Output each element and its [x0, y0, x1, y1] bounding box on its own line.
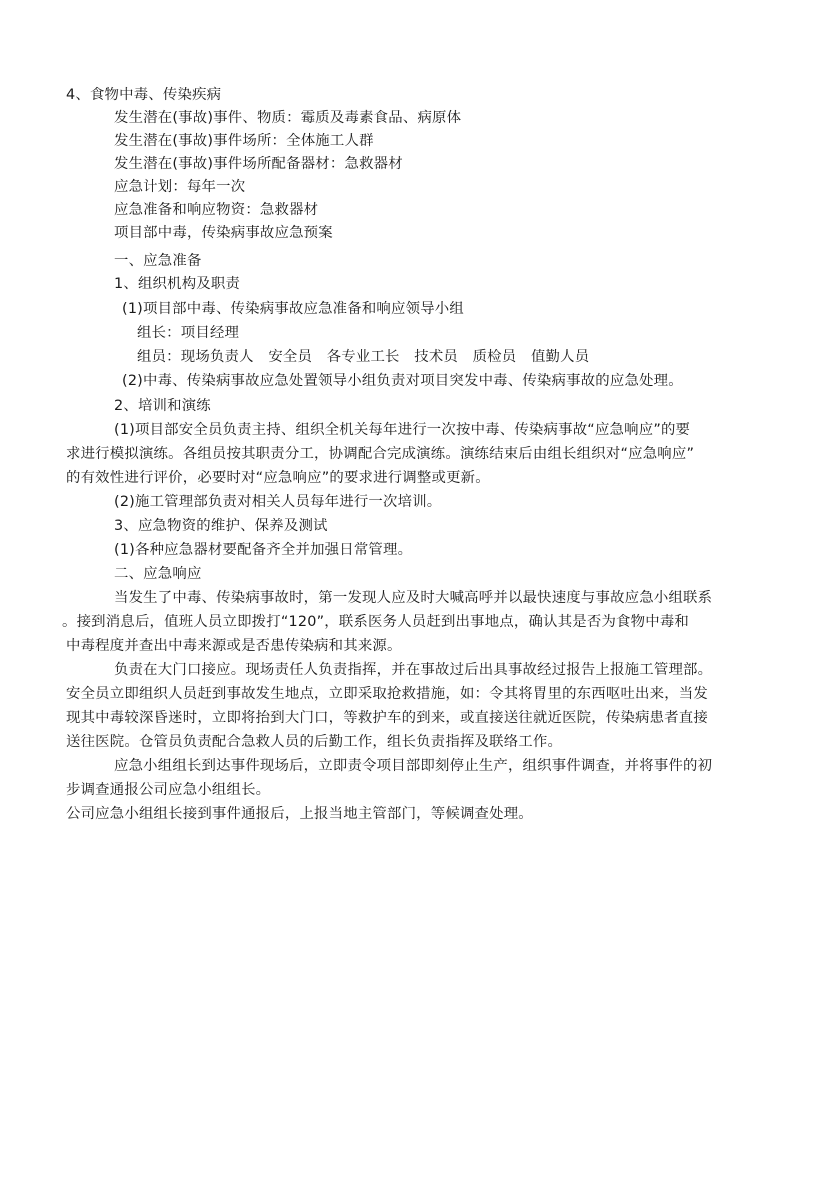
text-line: 2、培训和演练: [114, 395, 211, 418]
text-line: 中毒程度并查出中毒来源或是否患传染病和其来源。: [66, 635, 402, 658]
text-line: 一、应急准备: [114, 250, 202, 273]
text-line: 步调查通报公司应急小组组长。: [66, 779, 270, 802]
text-line: 发生潜在(事故)事件场所配备器材：急救器材: [114, 153, 403, 176]
text-line: (2)中毒、传染病事故应急处置领导小组负责对项目突发中毒、传染病事故的应急处理。: [122, 370, 683, 393]
document-page: 4、食物中毒、传染疾病发生潜在(事故)事件、物质：霉质及毒素食品、病原体发生潜在…: [0, 0, 838, 1186]
text-line: (1)各种应急器材要配备齐全并加强日常管理。: [114, 539, 412, 562]
text-line: 项目部中毒，传染病事故应急预案: [114, 222, 333, 245]
text-line: 。接到消息后，值班人员立即拨打“120”，联系医务人员赶到出事地点，确认其是否为…: [62, 611, 689, 634]
text-line: 组长：项目经理: [137, 322, 239, 345]
text-line: 公司应急小组组长接到事件通报后，上报当地主管部门，等候调查处理。: [66, 803, 533, 826]
text-line: 4、食物中毒、传染疾病: [66, 84, 221, 107]
text-line: 负责在大门口接应。现场责任人负责指挥，并在事故过后出具事故经过报告上报施工管理部…: [114, 659, 712, 682]
text-line: (1)项目部中毒、传染病事故应急准备和响应领导小组: [122, 298, 464, 321]
text-line: 的有效性进行评价，必要时对“应急响应”的要求进行调整或更新。: [66, 467, 490, 490]
text-line: 求进行模拟演练。各组员按其职责分工，协调配合完成演练。演练结束后由组长组织对“应…: [66, 443, 694, 466]
text-line: (1)项目部安全员负责主持、组织全机关每年进行一次按中毒、传染病事故“应急响应”…: [114, 419, 690, 442]
text-line: 应急准备和响应物资：急救器材: [114, 199, 318, 222]
text-line: (2)施工管理部负责对相关人员每年进行一次培训。: [114, 491, 441, 514]
text-line: 二、应急响应: [114, 563, 202, 586]
text-line: 发生潜在(事故)事件、物质：霉质及毒素食品、病原体: [114, 107, 461, 130]
text-line: 应急小组组长到达事件现场后，立即责令项目部即刻停止生产，组织事件调查，并将事件的…: [114, 755, 712, 778]
text-line: 1、组织机构及职责: [114, 273, 240, 296]
text-line: 3、应急物资的维护、保养及测试: [114, 515, 328, 538]
text-line: 应急计划：每年一次: [114, 176, 245, 199]
text-line: 组员：现场负责人 安全员 各专业工长 技术员 质检员 值勤人员: [137, 346, 589, 369]
text-line: 当发生了中毒、传染病事故时，第一发现人应及时大喊高呼并以最快速度与事故应急小组联…: [114, 587, 712, 610]
text-line: 安全员立即组织人员赶到事故发生地点，立即采取抢救措施，如：令其将胃里的东西呕吐出…: [66, 683, 708, 706]
text-line: 现其中毒较深昏迷时，立即将抬到大门口，等救护车的到来，或直接送往就近医院，传染病…: [66, 707, 708, 730]
text-line: 发生潜在(事故)事件场所：全体施工人群: [114, 130, 374, 153]
text-line: 送往医院。仓管员负责配合急救人员的后勤工作，组长负责指挥及联络工作。: [66, 731, 562, 754]
